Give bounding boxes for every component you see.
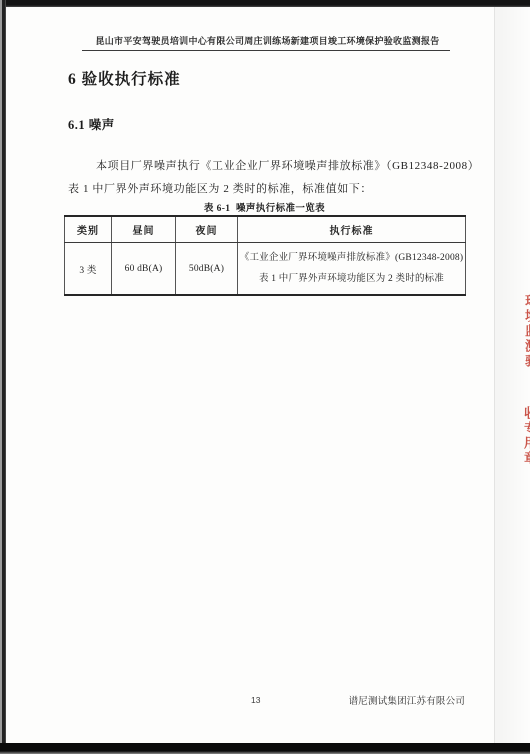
scan-border-top — [0, 0, 530, 7]
body-paragraph-line-2: 表 1 中厂界外声环境功能区为 2 类时的标准，标准值如下： — [68, 180, 468, 196]
cell-nighttime-limit: 50dB(A) — [176, 243, 238, 296]
running-header-title: 昆山市平安驾驶员培训中心有限公司周庄训练场新建项目竣工环境保护验收监测报告 — [5, 34, 530, 47]
cell-standard-line-2: 表 1 中厂界外声环境功能区为 2 类时的标准 — [238, 269, 465, 290]
document-page: 昆山市平安驾驶员培训中心有限公司周庄训练场新建项目竣工环境保护验收监测报告 6 … — [5, 6, 530, 744]
scanned-report-page: 昆山市平安驾驶员培训中心有限公司周庄训练场新建项目竣工环境保护验收监测报告 6 … — [0, 0, 530, 754]
col-header-standard: 执行标准 — [238, 216, 466, 243]
col-header-nighttime: 夜间 — [176, 216, 238, 243]
noise-standard-table: 类别 昼间 夜间 执行标准 3 类 60 dB(A) 50dB(A) 《工业企业… — [64, 215, 466, 296]
table-caption: 表 6-1 噪声执行标准一览表 — [64, 200, 465, 214]
header-rule — [82, 50, 450, 51]
section-heading: 6 验收执行标准 — [68, 67, 181, 89]
scan-border-left — [0, 0, 6, 754]
table-row: 3 类 60 dB(A) 50dB(A) 《工业企业厂界环境噪声排放标准》(GB… — [65, 243, 466, 296]
body-paragraph-line-1: 本项目厂界噪声执行《工业企业厂界环境噪声排放标准》（GB12348-2008） — [68, 157, 496, 173]
col-header-daytime: 昼间 — [112, 216, 176, 243]
subsection-heading: 6.1 噪声 — [68, 115, 115, 133]
scan-border-bottom — [0, 743, 530, 754]
cell-category: 3 类 — [65, 243, 112, 296]
cell-standard-line-1: 《工业企业厂界环境噪声排放标准》(GB12348-2008) — [238, 248, 465, 269]
col-header-category: 类别 — [65, 216, 112, 243]
table-header-row: 类别 昼间 夜间 执行标准 — [65, 216, 466, 243]
cell-daytime-limit: 60 dB(A) — [112, 243, 176, 296]
page-number: 13 — [251, 695, 260, 705]
footer-company-name: 谱尼测试集团江苏有限公司 — [343, 693, 465, 707]
red-stamp-fragment-top: 环境监测验 — [521, 294, 530, 369]
page-fold-shadow — [494, 7, 530, 744]
cell-standard: 《工业企业厂界环境噪声排放标准》(GB12348-2008) 表 1 中厂界外声… — [238, 243, 466, 296]
red-stamp-fragment-bottom: 收专用章 — [520, 406, 530, 466]
